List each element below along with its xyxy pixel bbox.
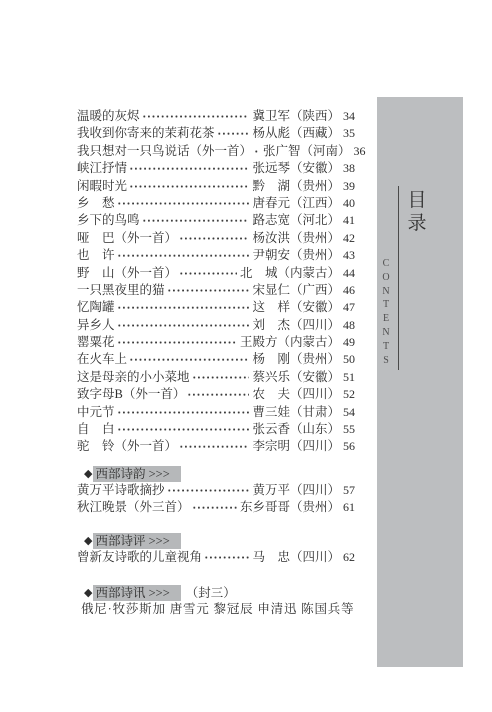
toc-entry: 致字母B（外一首）农 夫（四川）52 <box>77 386 355 403</box>
sidebar-vertical-rule <box>398 186 399 370</box>
diamond-icon: ◆ <box>84 468 92 480</box>
entry-title: 异乡人 <box>77 317 115 334</box>
entry-region: （四川） <box>290 549 340 566</box>
entry-page: 35 <box>343 125 355 142</box>
entry-page: 40 <box>343 195 355 212</box>
dot-leader <box>254 143 260 160</box>
dot-leader <box>142 108 250 125</box>
section-header: ◆西部诗评 >>> <box>84 533 355 549</box>
entry-author: 杨从彪 <box>252 125 290 142</box>
toc-entry: 秋江晚景（外三首）东乡哥哥（贵州）61 <box>77 499 355 516</box>
dot-leader <box>217 125 250 142</box>
contents-letter: N <box>379 326 393 340</box>
entry-region: （贵州） <box>290 351 340 368</box>
toc-entry: 自 白张云香（山东）55 <box>77 421 355 438</box>
toc-main-column: 温暖的灰烬冀卫军（陕西）34我收到你寄来的茉莉花茶杨从彪（西藏）35我只想对一只… <box>77 108 355 618</box>
contents-letter: C <box>379 257 393 271</box>
section-header: ◆西部诗讯 >>>（封三） <box>84 585 355 601</box>
entry-region: （贵州） <box>290 178 340 195</box>
entry-author: 李宗明 <box>252 438 290 455</box>
entry-page: 39 <box>343 178 355 195</box>
entry-page: 62 <box>343 549 355 566</box>
entry-author: 曹三娃 <box>252 404 290 421</box>
toc-entry: 忆陶罐这 样（安徽）47 <box>77 299 355 316</box>
contents-sidebar: 目录 CONTENTS <box>377 97 463 667</box>
dot-leader <box>117 247 250 264</box>
entry-title: 乡 愁 <box>77 195 115 212</box>
entry-region: （安徽） <box>290 160 340 177</box>
dot-leader <box>167 282 250 299</box>
entry-title: 致字母B（外一首） <box>77 386 185 403</box>
entry-region: （内蒙古） <box>277 265 340 282</box>
entry-author: 北 城 <box>240 265 278 282</box>
entry-title: 一只黑夜里的猫 <box>77 282 165 299</box>
entry-author: 张云香 <box>252 421 290 438</box>
dot-leader <box>129 351 249 368</box>
entry-title: 乡下的鸟鸣 <box>77 212 140 229</box>
dot-leader <box>204 549 249 566</box>
dot-leader <box>117 404 250 421</box>
entry-title: 温暖的灰烬 <box>77 108 140 125</box>
toc-entry: 一只黑夜里的猫宋显仁（广西）46 <box>77 282 355 299</box>
entry-page: 51 <box>343 369 355 386</box>
mulu-char: 录 <box>404 212 430 235</box>
contents-letter: T <box>379 298 393 312</box>
entry-title: 驼 铃（外一首） <box>77 438 177 455</box>
entry-author: 张远琴 <box>252 160 290 177</box>
dot-leader <box>129 160 249 177</box>
toc-entry: 我只想对一只鸟说话（外一首）张广智（河南）36 <box>77 143 355 160</box>
toc-entry-list: 温暖的灰烬冀卫军（陕西）34我收到你寄来的茉莉花茶杨从彪（西藏）35我只想对一只… <box>77 108 355 456</box>
entry-title: 自 白 <box>77 421 115 438</box>
entry-page: 46 <box>343 282 355 299</box>
dot-leader <box>117 299 250 316</box>
entry-title: 中元节 <box>77 404 115 421</box>
dot-leader <box>117 334 237 351</box>
entry-region: （四川） <box>290 482 340 499</box>
toc-entry: 野 山（外一首）北 城（内蒙古）44 <box>77 265 355 282</box>
entry-page: 61 <box>343 499 355 516</box>
entry-region: （甘肃） <box>290 404 340 421</box>
entry-page: 42 <box>343 230 355 247</box>
section-title: 西部诗评 >>> <box>93 533 180 549</box>
toc-entry: 中元节曹三娃（甘肃）54 <box>77 404 355 421</box>
entry-region: （西藏） <box>290 125 340 142</box>
entry-author: 王殿方 <box>240 334 278 351</box>
entry-author: 黔 湖 <box>252 178 290 195</box>
entry-region: （广西） <box>290 282 340 299</box>
entry-author: 农 夫 <box>252 386 290 403</box>
entry-page: 36 <box>354 143 366 160</box>
dot-leader <box>167 482 250 499</box>
toc-entry: 曾新友诗歌的儿童视角马 忠（四川）62 <box>77 549 355 566</box>
dot-leader <box>142 212 250 229</box>
entry-author: 尹朝安 <box>252 247 290 264</box>
entry-author: 这 样 <box>252 299 290 316</box>
entry-author: 杨 刚 <box>252 351 290 368</box>
toc-entry: 温暖的灰烬冀卫军（陕西）34 <box>77 108 355 125</box>
entry-title: 黄万平诗歌摘抄 <box>77 482 165 499</box>
entry-region: （贵州） <box>290 499 340 516</box>
entry-page: 55 <box>343 421 355 438</box>
entry-page: 34 <box>343 108 355 125</box>
entry-author: 宋显仁 <box>252 282 290 299</box>
dot-leader <box>179 230 249 247</box>
toc-entry: 在火车上杨 刚（贵州）50 <box>77 351 355 368</box>
diamond-icon: ◆ <box>84 535 92 547</box>
entry-title: 秋江晚景（外三首） <box>77 499 190 516</box>
entry-title: 峡江抒情 <box>77 160 127 177</box>
toc-entry: 闲暇时光黔 湖（贵州）39 <box>77 178 355 195</box>
entry-title: 野 山（外一首） <box>77 265 177 282</box>
toc-entry: 黄万平诗歌摘抄黄万平（四川）57 <box>77 482 355 499</box>
contents-letter: O <box>379 271 393 285</box>
entry-author: 张广智 <box>263 143 301 160</box>
entry-region: （江西） <box>290 195 340 212</box>
entry-page: 49 <box>343 334 355 351</box>
toc-entry: 异乡人刘 杰（四川）48 <box>77 317 355 334</box>
entry-title: 哑 巴（外一首） <box>77 230 177 247</box>
entry-title: 我收到你寄来的茉莉花茶 <box>77 125 215 142</box>
entry-region: （四川） <box>290 438 340 455</box>
entry-author: 刘 杰 <box>252 317 290 334</box>
entry-title: 也 许 <box>77 247 115 264</box>
entry-region: （山东） <box>290 421 340 438</box>
entry-page: 48 <box>343 317 355 334</box>
section-title: 西部诗韵 >>> <box>93 466 180 482</box>
toc-entry: 乡 愁唐春元（江西）40 <box>77 195 355 212</box>
toc-entry: 峡江抒情张远琴（安徽）38 <box>77 160 355 177</box>
entry-author: 唐春元 <box>252 195 290 212</box>
entry-author: 蔡兴乐 <box>252 369 290 386</box>
toc-entry: 罂粟花王殿方（内蒙古）49 <box>77 334 355 351</box>
toc-entry: 驼 铃（外一首）李宗明（四川）56 <box>77 438 355 455</box>
entry-region: （陕西） <box>290 108 340 125</box>
entry-page: 38 <box>343 160 355 177</box>
entry-title: 忆陶罐 <box>77 299 115 316</box>
entry-title: 闲暇时光 <box>77 178 127 195</box>
entry-author: 路志宽 <box>252 212 290 229</box>
entry-region: （贵州） <box>290 247 340 264</box>
entry-page: 54 <box>343 404 355 421</box>
entry-author: 东乡哥哥 <box>240 499 290 516</box>
entry-region: （安徽） <box>290 299 340 316</box>
entry-region: （四川） <box>290 386 340 403</box>
entry-region: （内蒙古） <box>277 334 340 351</box>
entry-title: 在火车上 <box>77 351 127 368</box>
dot-leader <box>129 178 249 195</box>
entry-author: 冀卫军 <box>252 108 290 125</box>
section-suffix: （封三） <box>186 586 236 600</box>
contents-letter: E <box>379 312 393 326</box>
dot-leader <box>179 265 237 282</box>
entry-title: 曾新友诗歌的儿童视角 <box>77 549 202 566</box>
mulu-char: 目 <box>404 189 430 212</box>
section-header: ◆西部诗韵 >>> <box>84 466 355 482</box>
dot-leader <box>179 438 249 455</box>
entry-page: 50 <box>343 351 355 368</box>
entry-title: 我只想对一只鸟说话（外一首） <box>77 143 252 160</box>
contents-letter: S <box>379 354 393 368</box>
entry-title: 罂粟花 <box>77 334 115 351</box>
entry-page: 56 <box>343 438 355 455</box>
toc-entry: 乡下的鸟鸣路志宽（河北）41 <box>77 212 355 229</box>
dot-leader <box>192 369 250 386</box>
sidebar-title-mulu: 目录 <box>404 189 430 235</box>
toc-page: 温暖的灰烬冀卫军（陕西）34我收到你寄来的茉莉花茶杨从彪（西藏）35我只想对一只… <box>0 0 492 712</box>
toc-entry: 我收到你寄来的茉莉花茶杨从彪（西藏）35 <box>77 125 355 142</box>
entry-region: （四川） <box>290 317 340 334</box>
entry-page: 52 <box>343 386 355 403</box>
entry-page: 43 <box>343 247 355 264</box>
sidebar-subtitle-contents: CONTENTS <box>379 257 393 367</box>
dot-leader <box>192 499 237 516</box>
section-note: 俄尼·牧莎斯加 唐雪元 黎冠辰 申清迅 陈国兵等 <box>81 601 355 618</box>
dot-leader <box>117 195 250 212</box>
dot-leader <box>117 421 250 438</box>
toc-sections: ◆西部诗韵 >>>黄万平诗歌摘抄黄万平（四川）57秋江晚景（外三首）东乡哥哥（贵… <box>77 466 355 619</box>
entry-author: 黄万平 <box>252 482 290 499</box>
dot-leader <box>187 386 249 403</box>
entry-page: 44 <box>343 265 355 282</box>
toc-section: ◆西部诗讯 >>>（封三）俄尼·牧莎斯加 唐雪元 黎冠辰 申清迅 陈国兵等 <box>77 585 355 618</box>
entry-region: （河北） <box>290 212 340 229</box>
entry-author: 杨汝洪 <box>252 230 290 247</box>
contents-letter: T <box>379 340 393 354</box>
dot-leader <box>117 317 250 334</box>
toc-entry: 这是母亲的小小菜地蔡兴乐（安徽）51 <box>77 369 355 386</box>
toc-entry: 哑 巴（外一首）杨汝洪（贵州）42 <box>77 230 355 247</box>
diamond-icon: ◆ <box>84 587 92 599</box>
entry-region: （河南） <box>301 143 351 160</box>
toc-section: ◆西部诗韵 >>>黄万平诗歌摘抄黄万平（四川）57秋江晚景（外三首）东乡哥哥（贵… <box>77 466 355 517</box>
entry-region: （贵州） <box>290 230 340 247</box>
entry-page: 57 <box>343 482 355 499</box>
entry-page: 47 <box>343 299 355 316</box>
toc-section: ◆西部诗评 >>>曾新友诗歌的儿童视角马 忠（四川）62 <box>77 533 355 566</box>
contents-letter: N <box>379 285 393 299</box>
entry-page: 41 <box>343 212 355 229</box>
entry-title: 这是母亲的小小菜地 <box>77 369 190 386</box>
entry-region: （安徽） <box>290 369 340 386</box>
section-title: 西部诗讯 >>> <box>93 585 180 601</box>
toc-entry: 也 许尹朝安（贵州）43 <box>77 247 355 264</box>
entry-author: 马 忠 <box>252 549 290 566</box>
